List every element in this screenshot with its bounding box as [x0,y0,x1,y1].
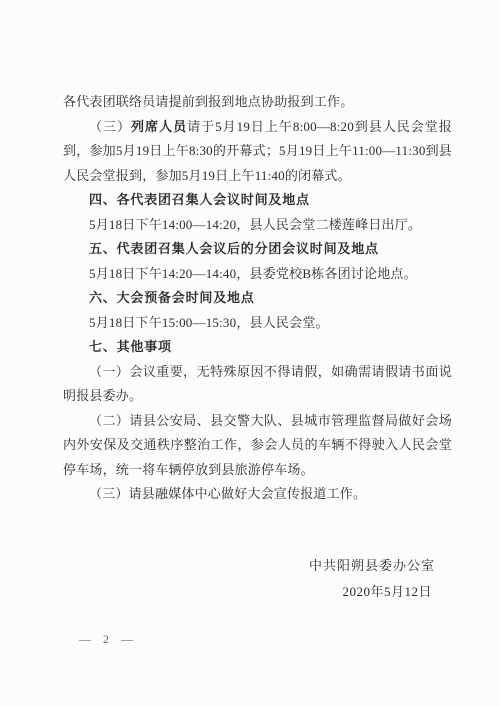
section-heading-6: 六、大会预备会时间及地点 [63,286,452,311]
section-5-text: 5月18日下午14:20—14:40，县委党校B栋各团讨论地点。 [63,262,452,287]
paragraph-item-3: （三）列席人员请于5月19日上午8:00—8:20到县人民会堂报到，参加5月19… [63,115,452,189]
section-6-text: 5月18日下午15:00—15:30，县人民会堂。 [63,311,452,336]
issue-date: 2020年5月12日 [309,579,432,605]
document-page: 各代表团联络员请提前到报到地点协助报到工作。 （三）列席人员请于5月19日上午8… [0,0,499,706]
document-body: 各代表团联络员请提前到报到地点协助报到工作。 （三）列席人员请于5月19日上午8… [63,90,452,507]
section-4-text: 5月18日下午14:00—14:20，县人民会堂二楼莲峰日出厅。 [63,213,452,238]
signature-block: 中共阳朔县委办公室 2020年5月12日 [309,553,435,605]
section-heading-4: 四、各代表团召集人会议时间及地点 [63,188,452,213]
section-heading-5: 五、代表团召集人会议后的分团会议时间及地点 [63,237,452,262]
item-3-term: 列席人员 [131,119,187,134]
page-number: — 2 — [79,632,134,647]
item-3-prefix: （三） [89,119,131,134]
paragraph-continuation: 各代表团联络员请提前到报到地点协助报到工作。 [63,90,452,115]
section-7-item-1: （一）会议重要，无特殊原因不得请假，如确需请假请书面说明报县委办。 [63,360,452,409]
section-7-item-3: （三）请县融媒体中心做好大会宣传报道工作。 [63,482,452,507]
section-heading-7: 七、其他事项 [63,335,452,360]
issuing-office: 中共阳朔县委办公室 [309,553,435,579]
section-7-item-2: （二）请县公安局、县交警大队、县城市管理监督局做好会场内外安保及交通秩序整治工作… [63,409,452,483]
